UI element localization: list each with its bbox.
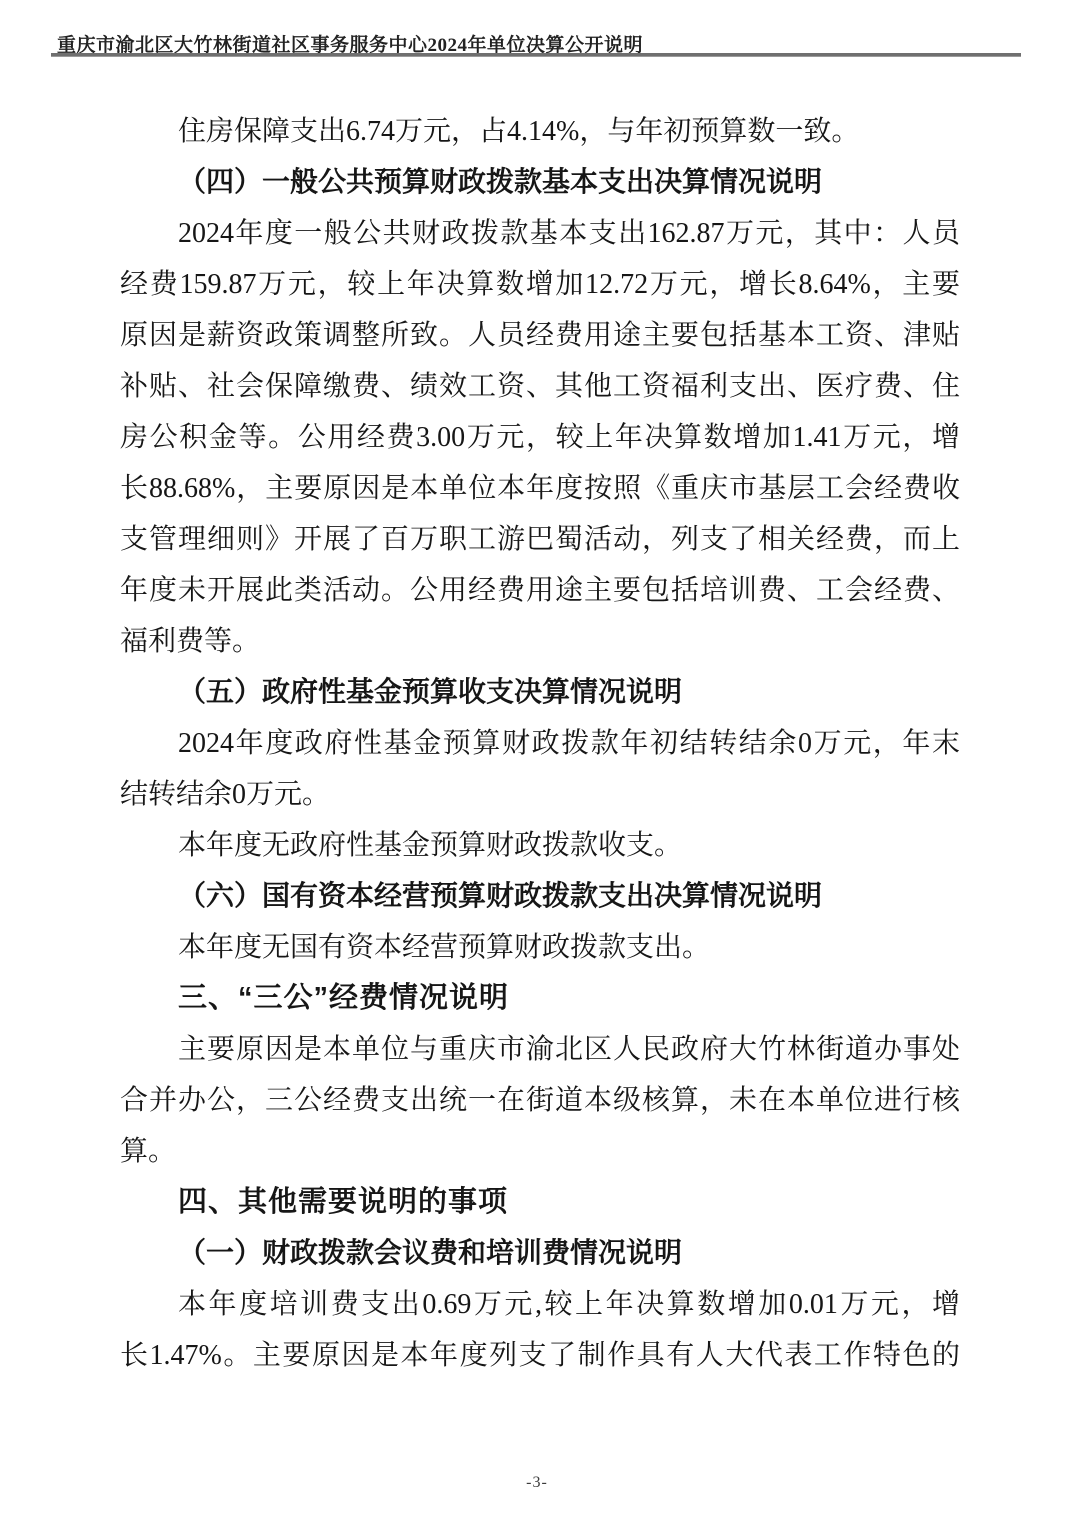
text-line: 本年度无国有资本经营预算财政拨款支出。 <box>120 922 960 973</box>
text-line: （四）一般公共预算财政拨款基本支出决算情况说明 <box>120 157 960 208</box>
page-number: -3- <box>0 1474 1074 1492</box>
text-line: 长1.47%。主要原因是本年度列支了制作具有人大代表工作特色的 <box>120 1330 960 1381</box>
text-line: 福利费等。 <box>120 616 960 667</box>
header-divider-line <box>51 53 1021 57</box>
text-line: （六）国有资本经营预算财政拨款支出决算情况说明 <box>120 871 960 922</box>
text-line: 算。 <box>120 1126 960 1177</box>
text-line: 房公积金等。公用经费3.00万元，较上年决算数增加1.41万元，增 <box>120 412 960 463</box>
text-line: 原因是薪资政策调整所致。人员经费用途主要包括基本工资、津贴 <box>120 310 960 361</box>
text-line: 2024年度政府性基金预算财政拨款年初结转结余0万元，年末 <box>120 718 960 769</box>
text-line: 三、“三公”经费情况说明 <box>120 973 960 1024</box>
text-line: 本年度培训费支出0.69万元,较上年决算数增加0.01万元，增 <box>120 1279 960 1330</box>
text-line: 支管理细则》开展了百万职工游巴蜀活动，列支了相关经费，而上 <box>120 514 960 565</box>
page-background: 重庆市渝北区大竹林街道社区事务服务中心2024年单位决算公开说明 住房保障支出6… <box>0 0 1074 1520</box>
text-line: 住房保障支出6.74万元，占4.14%，与年初预算数一致。 <box>120 106 960 157</box>
text-line: 四、其他需要说明的事项 <box>120 1177 960 1228</box>
text-line: 补贴、社会保障缴费、绩效工资、其他工资福利支出、医疗费、住 <box>120 361 960 412</box>
text-line: （一）财政拨款会议费和培训费情况说明 <box>120 1228 960 1279</box>
document-body: 住房保障支出6.74万元，占4.14%，与年初预算数一致。（四）一般公共预算财政… <box>120 106 960 1381</box>
document-page: { "header": { "title": "重庆市渝北区大竹林街道社区事务服… <box>0 0 1074 1520</box>
text-line: 年度未开展此类活动。公用经费用途主要包括培训费、工会经费、 <box>120 565 960 616</box>
text-line: 长88.68%，主要原因是本单位本年度按照《重庆市基层工会经费收 <box>120 463 960 514</box>
text-line: 经费159.87万元，较上年决算数增加12.72万元，增长8.64%，主要 <box>120 259 960 310</box>
text-line: 主要原因是本单位与重庆市渝北区人民政府大竹林街道办事处 <box>120 1024 960 1075</box>
text-line: （五）政府性基金预算收支决算情况说明 <box>120 667 960 718</box>
text-line: 结转结余0万元。 <box>120 769 960 820</box>
text-line: 2024年度一般公共财政拨款基本支出162.87万元，其中：人员 <box>120 208 960 259</box>
text-line: 本年度无政府性基金预算财政拨款收支。 <box>120 820 960 871</box>
text-line: 合并办公，三公经费支出统一在街道本级核算，未在本单位进行核 <box>120 1075 960 1126</box>
